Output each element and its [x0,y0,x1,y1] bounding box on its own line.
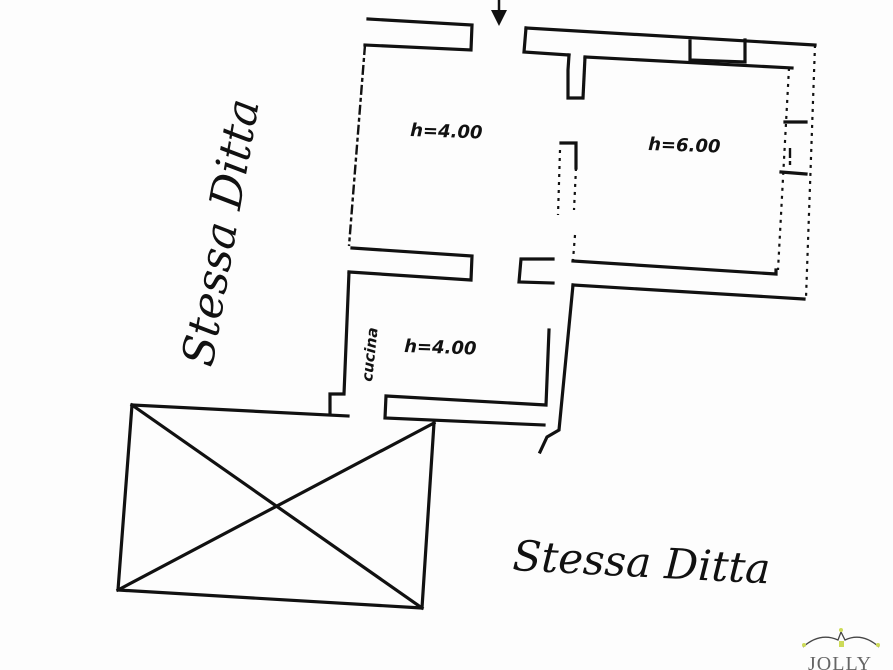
wall-room-right-east-inner [778,68,789,270]
logo-brand-text: JOLLY [808,653,872,670]
kitchen-name-label: cucina [358,326,382,382]
logo-house-icon [839,641,844,647]
entrance-arrow-icon [491,0,507,26]
wall-room-left-west [349,45,365,246]
jolly-logo: JOLLY [802,628,880,670]
wall-mid-right [519,259,804,299]
wall-top-left [365,19,472,50]
wall-room-right-east-outer [806,45,815,298]
floor-plan-drawing: h=4.00 h=6.00 h=4.00 cucina Stessa Ditta… [0,0,893,670]
crossed-void-area [118,405,434,608]
wall-mid-left [349,248,472,280]
room-left-height-label: h=4.00 [410,120,483,144]
wall-partition-middle [558,143,576,260]
room-right-height-label: h=6.00 [648,134,721,158]
neighbor-left-label: Stessa Ditta [173,95,270,370]
wall-top-right [524,28,815,98]
kitchen-height-label: h=4.00 [404,336,477,360]
floor-plan-canvas: h=4.00 h=6.00 h=4.00 cucina Stessa Ditta… [0,0,893,670]
neighbor-bottom-label: Stessa Ditta [511,531,771,593]
